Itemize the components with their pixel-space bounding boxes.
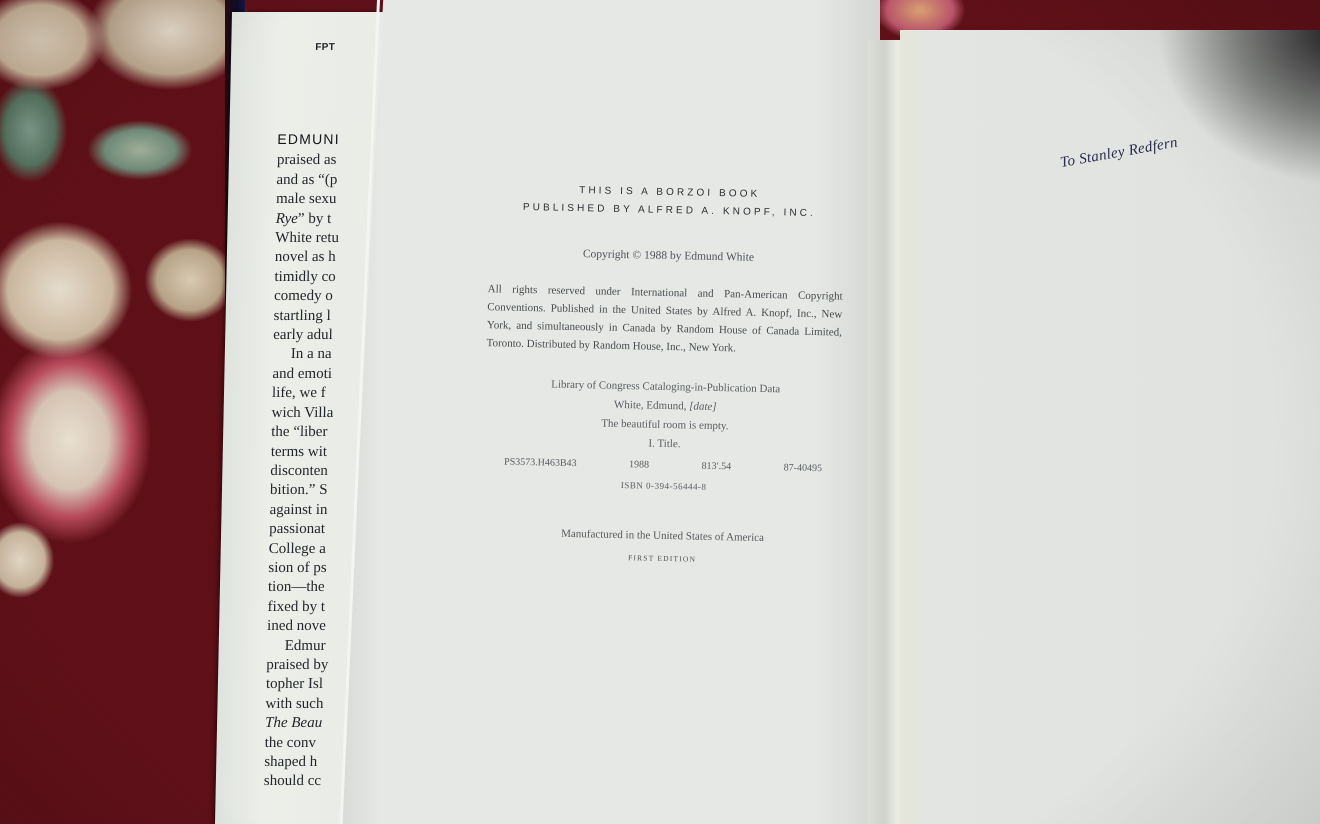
manufactured-line: Manufactured in the United States of Ame… (473, 526, 853, 546)
flap-code: FPT (315, 42, 335, 53)
copyright-block: THIS IS A BORZOI BOOK PUBLISHED BY ALFRE… (472, 180, 860, 567)
cip-call-number: PS3573.H463B43 (504, 453, 577, 474)
cip-year: 1988 (629, 455, 649, 474)
cip-lccn: 87-40495 (783, 458, 822, 478)
copyright-notice: Copyright © 1988 by Edmund White (478, 246, 858, 266)
flap-heading: EDMUNI (277, 130, 392, 149)
rights-statement: All rights reserved under International … (486, 280, 842, 359)
cip-author-name: White, Edmund, (614, 399, 687, 413)
cip-dewey: 813′.54 (701, 457, 731, 477)
cip-data: Library of Congress Cataloging-in-Public… (473, 374, 855, 500)
cip-author-date: [date] (689, 400, 717, 413)
